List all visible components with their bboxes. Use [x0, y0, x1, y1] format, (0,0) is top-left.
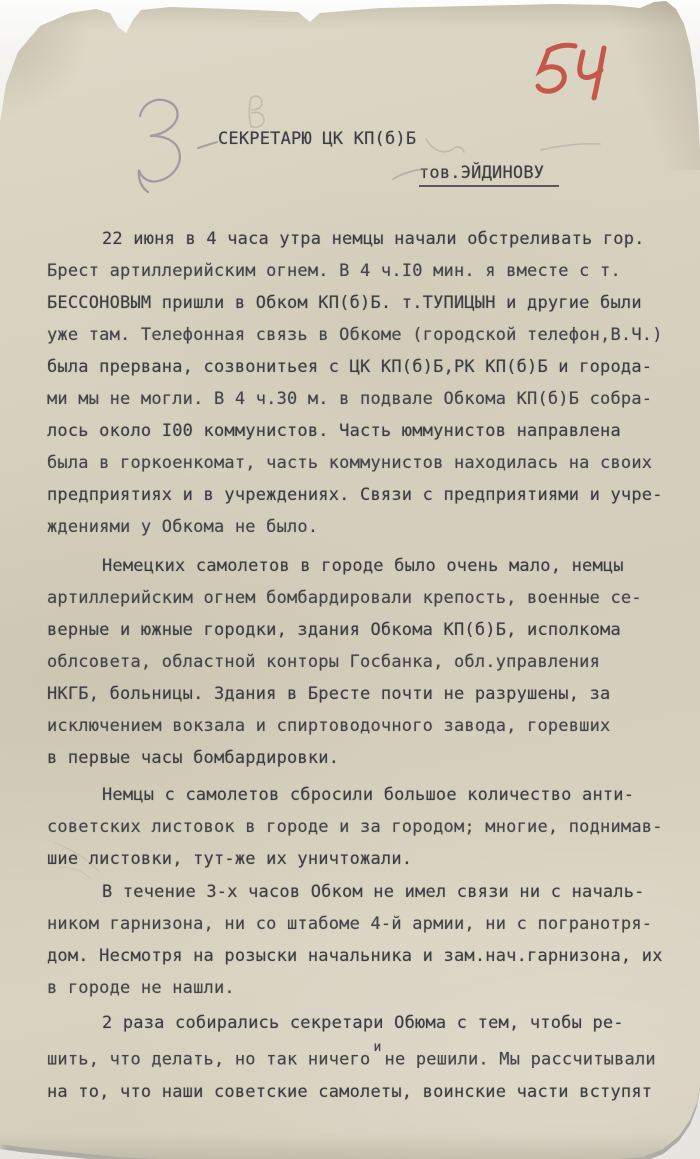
text-line: советских листовок в городе и за городом…: [47, 811, 677, 843]
text-line: шить, что делать, но так ничегоине решил…: [47, 1039, 677, 1076]
paragraph: Немцы с самолетов сбросили большое колич…: [47, 779, 677, 875]
text-line: на то, что наши советские самолеты, воин…: [47, 1076, 677, 1108]
top-left-corner-shade: [0, 0, 140, 150]
text-line: уже там. Телефонная связь в Обкоме (горо…: [47, 319, 677, 351]
text-line: БЕССОНОВЫМ пришли в Обком КП(б)Б. т.ТУПИ…: [47, 287, 677, 319]
text-line: 2 раза собирались секретари Обюма с тем,…: [47, 1007, 677, 1039]
top-right-corner-shade: [605, 0, 700, 170]
red-numeral-four: [580, 48, 604, 98]
text-line: НКГБ, больницы. Здания в Бресте почти не…: [47, 678, 677, 710]
text-line: Немцы с самолетов сбросили большое колич…: [47, 779, 677, 811]
text-line: в городе не нашли.: [47, 972, 677, 1004]
bottom-edge-shade: [0, 1133, 700, 1159]
text-line: шие листовки, тут-же их уничтожали.: [47, 843, 677, 875]
paragraph: 2 раза собирались секретари Обюма с тем,…: [47, 1007, 677, 1108]
red-numeral-five: [538, 45, 575, 91]
text-line: дом. Несмотря на розыски начальника и за…: [47, 940, 677, 972]
text-line: артиллерийским огнем бомбардировали креп…: [47, 582, 677, 614]
text-line: ми мы не могли. В 4 ч.30 м. в подвале Об…: [47, 383, 677, 415]
pencil-letter-z-mark: [139, 100, 180, 192]
text-line: была прервана, созвонитьея с ЦК КП(б)Б,Р…: [47, 351, 677, 383]
text-line: В течение 3-х часов Обком не имел связи …: [47, 876, 677, 908]
text-line: Немецких самолетов в городе было очень м…: [47, 550, 677, 582]
pencil-scribble-mark: [426, 139, 464, 152]
text-line: предприятиях и в учреждениях. Связи с пр…: [47, 479, 677, 511]
pencil-line-mark: [541, 144, 600, 150]
pencil-dash-mark: [198, 142, 217, 148]
paragraph: 22 июня в 4 часа утра немцы начали обстр…: [47, 223, 677, 543]
addressee-line: тов.ЭЙДИНОВУ: [419, 163, 559, 187]
text-line: в первые часы бомбардировки.: [47, 742, 677, 774]
text-line: облсовета, областной конторы Госбанка, о…: [47, 646, 677, 678]
text-line: исключением вокзала и спиртоводочного за…: [47, 710, 677, 742]
text-line: лось около I00 коммунистов. Часть юммуни…: [47, 415, 677, 447]
addressee-underlined-text: тов.ЭЙДИНОВУ: [419, 163, 559, 187]
paper-sheet: СЕКРЕТАРЮ ЦК КП(б)Б тов.ЭЙДИНОВУ 22 июня…: [0, 0, 700, 1159]
text-line: была в горкоенкомат, часть коммунистов н…: [47, 447, 677, 479]
text-line: ником гарнизона, ни со штабоме 4-й армии…: [47, 908, 677, 940]
text-segment: шить, что делать, но так ничего: [47, 1050, 370, 1070]
paragraph: Немецких самолетов в городе было очень м…: [47, 550, 677, 774]
paragraph: В течение 3-х часов Обком не имел связи …: [47, 876, 677, 1004]
text-line: Брест артиллерийским огнем. В 4 ч.I0 мин…: [47, 255, 677, 287]
recipient-line: СЕКРЕТАРЮ ЦК КП(б)Б: [218, 129, 416, 149]
text-segment: не решили. Мы рассчитывали: [385, 1050, 656, 1070]
text-line: ждениями у Обкома не было.: [47, 511, 677, 543]
superscript-insert: и: [373, 1040, 381, 1055]
scanned-document: СЕКРЕТАРЮ ЦК КП(б)Б тов.ЭЙДИНОВУ 22 июня…: [0, 0, 700, 1159]
text-line: верные и южные городки, здания Обкома КП…: [47, 614, 677, 646]
red-page-number-stamp: [538, 45, 604, 98]
pencil-letter-b-mark: [250, 96, 265, 127]
text-line: 22 июня в 4 часа утра немцы начали обстр…: [47, 223, 677, 255]
